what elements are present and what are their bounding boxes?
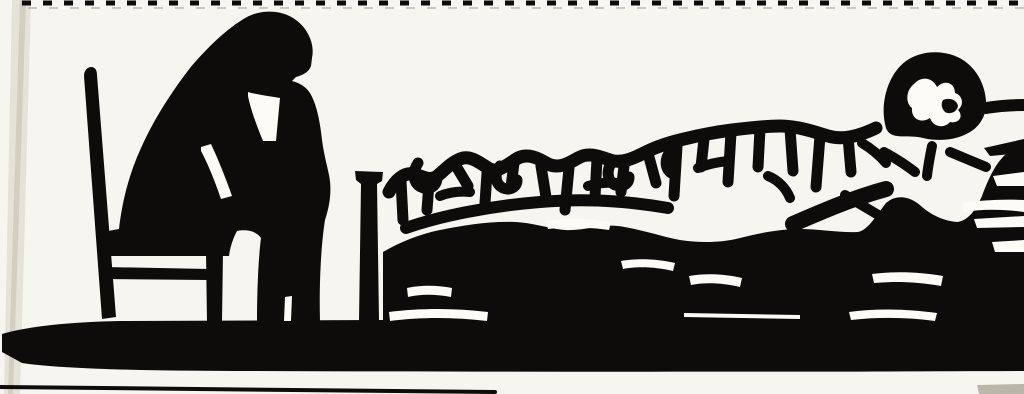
bottom-right-gray-patch: [977, 384, 1024, 394]
scanned-illustration-page: [0, 0, 1024, 394]
blanket-contour-right: [986, 105, 1024, 108]
artwork-canvas: [0, 0, 1024, 394]
chair-stretcher: [104, 267, 209, 280]
bed-highlight-wedge: [992, 240, 1024, 252]
figure-calf-gap: [284, 296, 292, 321]
chair-front-leg: [206, 251, 223, 322]
floor-band: [2, 316, 1024, 372]
